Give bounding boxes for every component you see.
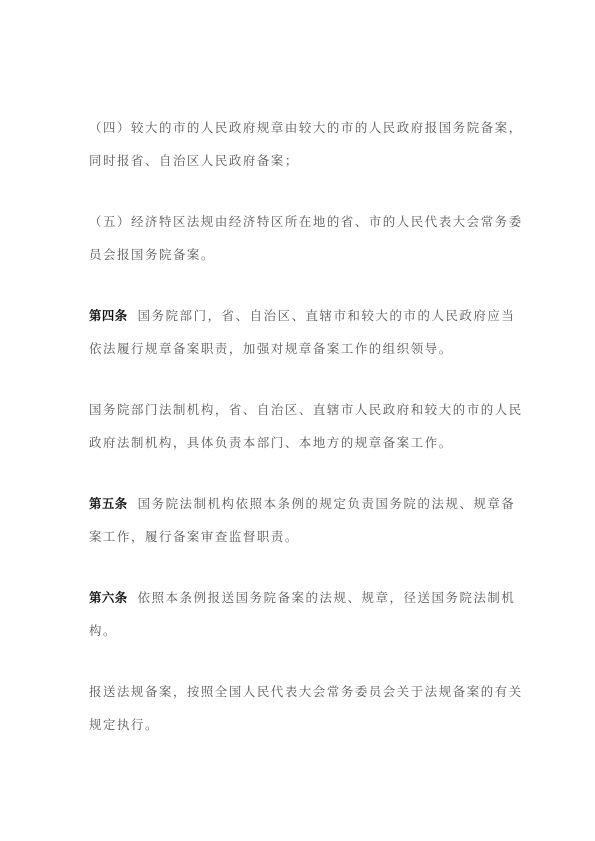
- paragraph-line: 同时报省、自治区人民政府备案；: [89, 144, 509, 177]
- paragraph-line: 构。: [89, 614, 509, 647]
- paragraph-line: 员会报国务院备案。: [89, 238, 509, 271]
- paragraph-line: 依法履行规章备案职责，加强对规章备案工作的组织领导。: [89, 332, 509, 365]
- paragraph-line: 第五条国务院法制机构依照本条例的规定负责国务院的法规、规章备: [89, 487, 509, 520]
- paragraph-item-5: （五）经济特区法规由经济特区所在地的省、市的人民代表大会常务委 员会报国务院备案…: [89, 205, 509, 271]
- article-4-paragraph-2: 国务院部门法制机构，省、自治区、直辖市人民政府和较大的市的人民 政府法制机构，具…: [89, 393, 509, 459]
- document-page: （四）较大的市的人民政府规章由较大的市的人民政府报国务院备案， 同时报省、自治区…: [89, 111, 509, 769]
- paragraph-line: 案工作，履行备案审查监督职责。: [89, 520, 509, 553]
- article-5: 第五条国务院法制机构依照本条例的规定负责国务院的法规、规章备 案工作，履行备案审…: [89, 487, 509, 553]
- article-4: 第四条国务院部门，省、自治区、直辖市和较大的市的人民政府应当 依法履行规章备案职…: [89, 299, 509, 365]
- article-text: 国务院法制机构依照本条例的规定负责国务院的法规、规章备: [138, 496, 516, 511]
- article-6: 第六条依照本条例报送国务院备案的法规、规章，径送国务院法制机 构。: [89, 581, 509, 647]
- paragraph-line: （四）较大的市的人民政府规章由较大的市的人民政府报国务院备案，: [89, 111, 509, 144]
- paragraph-line: 政府法制机构，具体负责本部门、本地方的规章备案工作。: [89, 426, 509, 459]
- paragraph-line: 国务院部门法制机构，省、自治区、直辖市人民政府和较大的市的人民: [89, 393, 509, 426]
- paragraph-line: 报送法规备案，按照全国人民代表大会常务委员会关于法规备案的有关: [89, 675, 509, 708]
- paragraph-line: （五）经济特区法规由经济特区所在地的省、市的人民代表大会常务委: [89, 205, 509, 238]
- article-text: 依照本条例报送国务院备案的法规、规章，径送国务院法制机: [138, 590, 516, 605]
- article-label: 第五条: [89, 496, 128, 511]
- paragraph-line: 规定执行。: [89, 708, 509, 741]
- article-6-paragraph-2: 报送法规备案，按照全国人民代表大会常务委员会关于法规备案的有关 规定执行。: [89, 675, 509, 741]
- paragraph-line: 第四条国务院部门，省、自治区、直辖市和较大的市的人民政府应当: [89, 299, 509, 332]
- article-text: 国务院部门，省、自治区、直辖市和较大的市的人民政府应当: [138, 308, 516, 323]
- article-label: 第六条: [89, 590, 128, 605]
- paragraph-line: 第六条依照本条例报送国务院备案的法规、规章，径送国务院法制机: [89, 581, 509, 614]
- paragraph-item-4: （四）较大的市的人民政府规章由较大的市的人民政府报国务院备案， 同时报省、自治区…: [89, 111, 509, 177]
- article-label: 第四条: [89, 308, 128, 323]
